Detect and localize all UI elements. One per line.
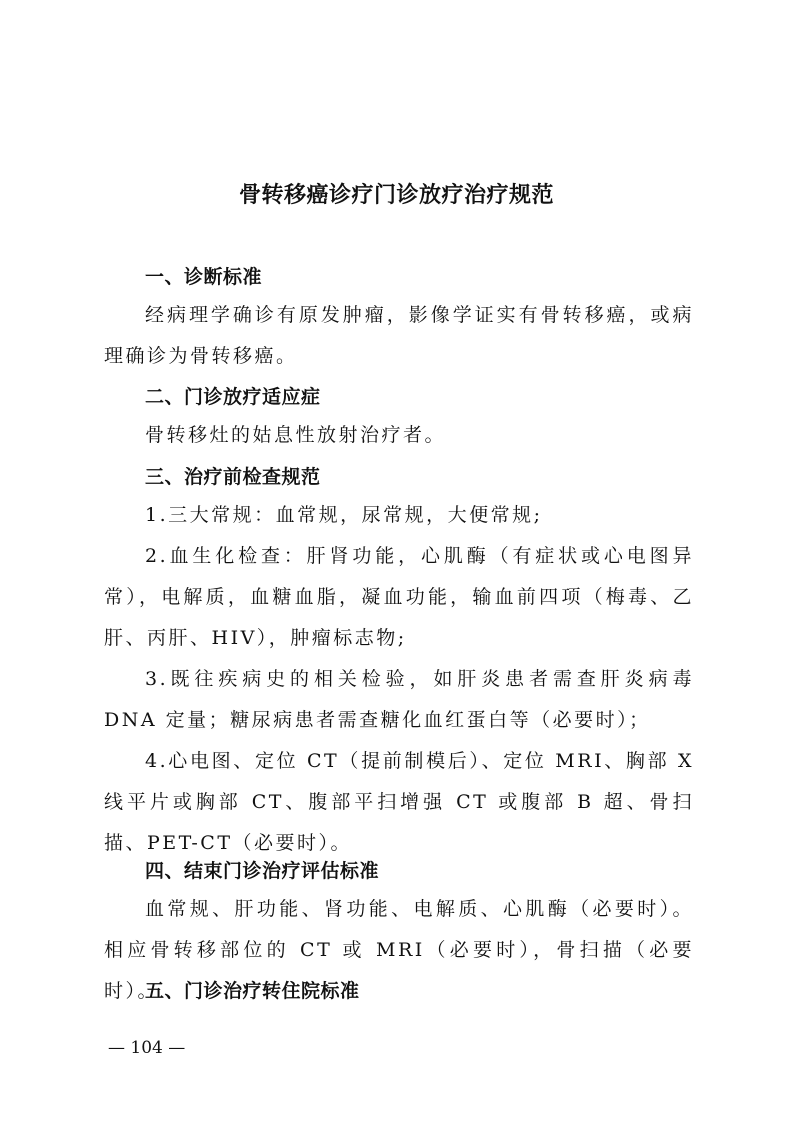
- section-heading-5: 五、门诊治疗转住院标准: [145, 976, 360, 1003]
- paragraph: 3.既往疾病史的相关检验，如肝炎患者需查肝炎病毒 DNA 定量；糖尿病患者需查糖…: [104, 659, 694, 741]
- paragraph: 经病理学确诊有原发肿瘤，影像学证实有骨转移癌，或病理确诊为骨转移癌。: [104, 295, 694, 377]
- page-number: — 104 —: [108, 1038, 185, 1058]
- section-heading-3: 三、治疗前检查规范: [145, 462, 321, 489]
- paragraph: 4.心电图、定位 CT（提前制模后）、定位 MRI、胸部 X 线平片或胸部 CT…: [104, 741, 694, 864]
- document-title: 骨转移癌诊疗门诊放疗治疗规范: [0, 178, 793, 209]
- section-heading-2: 二、门诊放疗适应症: [145, 382, 321, 409]
- paragraph: 1.三大常规：血常规，尿常规，大便常规;: [104, 495, 694, 536]
- paragraph: 2.血生化检查：肝肾功能，心肌酶（有症状或心电图异常），电解质，血糖血脂，凝血功…: [104, 536, 694, 659]
- section-heading-4: 四、结束门诊治疗评估标准: [145, 856, 379, 883]
- section-heading-1: 一、诊断标准: [145, 262, 262, 289]
- paragraph: 骨转移灶的姑息性放射治疗者。: [104, 415, 694, 456]
